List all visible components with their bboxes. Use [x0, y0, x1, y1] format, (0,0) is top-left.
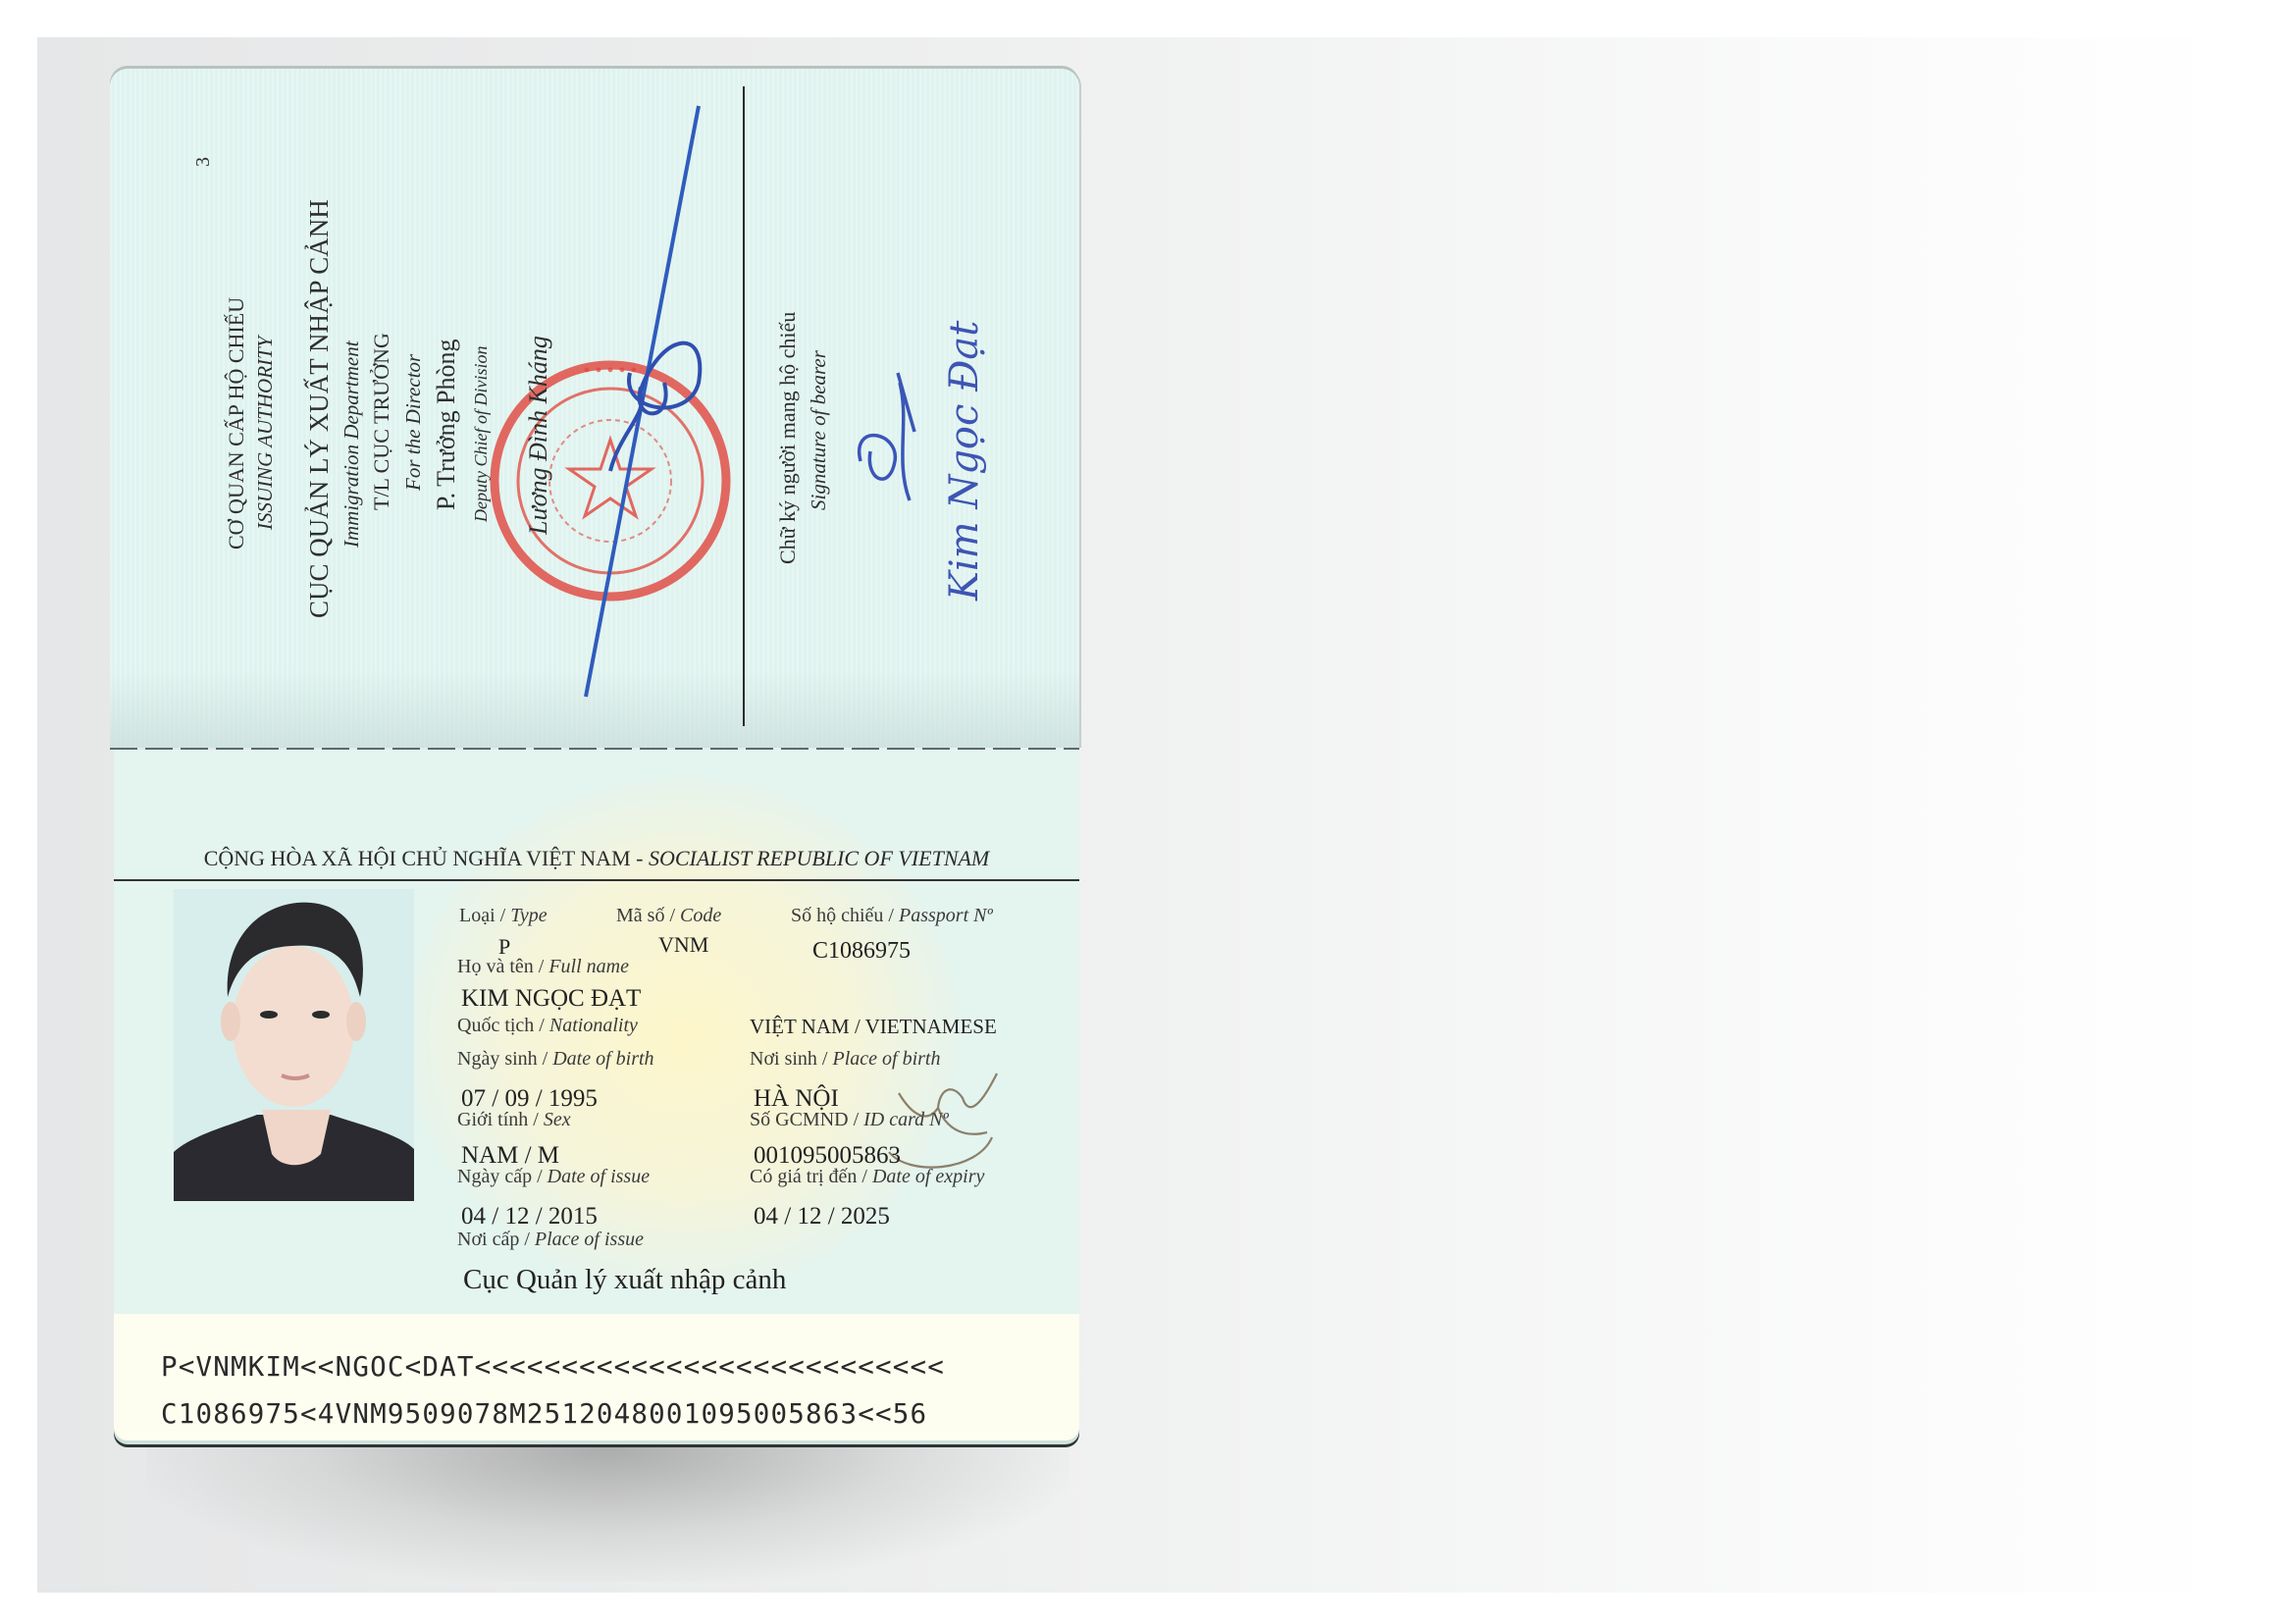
sex-label-vi: Giới tính /: [457, 1109, 544, 1130]
type-label-en: Type: [510, 905, 547, 926]
type-label-vi: Loại /: [459, 905, 510, 926]
type-label: Loại / Type: [459, 905, 548, 927]
country-name-en: SOCIALIST REPUBLIC OF VIETNAM: [649, 846, 989, 870]
issue-date-value: 04 / 12 / 2015: [461, 1203, 598, 1230]
full-name-label-vi: Họ và tên /: [457, 956, 548, 977]
mrz-zone: P<VNMKIM<<NGOC<DAT<<<<<<<<<<<<<<<<<<<<<<…: [114, 1314, 1079, 1440]
id-card-label-vi: Số GCMND /: [750, 1109, 863, 1130]
issue-date-label-vi: Ngày cấp /: [457, 1166, 548, 1187]
dob-label-vi: Ngày sinh /: [457, 1048, 552, 1070]
signature-divider: [743, 86, 745, 726]
title-vi: P. Trưởng Phòng: [432, 339, 461, 510]
full-name-label-en: Full name: [548, 956, 629, 977]
data-page: CỘNG HÒA XÃ HỘI CHỦ NGHĨA VIỆT NAM - SOC…: [114, 750, 1079, 1440]
place-of-issue-value: Cục Quản lý xuất nhập cảnh: [463, 1264, 786, 1296]
place-of-issue-label-en: Place of issue: [535, 1229, 644, 1250]
expiry-date-label-vi: Có giá trị đến /: [750, 1166, 872, 1187]
nationality-label-en: Nationality: [549, 1015, 638, 1036]
dob-label-en: Date of birth: [552, 1048, 653, 1070]
code-label: Mã số / Code: [616, 905, 721, 927]
header-rule: [114, 879, 1079, 881]
signatory-name: Lương Đình Kháng: [524, 336, 553, 535]
nationality-value: VIỆT NAM / VIETNAMESE: [750, 1015, 997, 1039]
department-en: Immigration Department: [339, 340, 364, 548]
observation-page: 3 CƠ QUAN CẤP HỘ CHIẾU ISSUING AUTHORITY…: [110, 69, 1079, 748]
mrz-line-2: C1086975<4VNM9509078M2512048001095005863…: [161, 1398, 927, 1430]
code-label-en: Code: [680, 905, 721, 926]
expiry-date-label-en: Date of expiry: [872, 1166, 984, 1187]
expiry-date-value: 04 / 12 / 2025: [754, 1203, 890, 1230]
for-director-vi: T/L CỤC TRƯỞNG: [369, 333, 394, 510]
code-label-vi: Mã số /: [616, 905, 680, 926]
country-name-vi: CỘNG HÒA XÃ HỘI CHỦ NGHĨA VIỆT NAM -: [204, 846, 649, 870]
bearer-signature-label-vi: Chữ ký người mang hộ chiếu: [775, 312, 801, 564]
department-vi: CỤC QUẢN LÝ XUẤT NHẬP CẢNH: [304, 199, 335, 618]
full-name-label: Họ và tên / Full name: [457, 956, 629, 978]
code-value: VNM: [658, 932, 708, 958]
holder-portrait-icon: [174, 889, 414, 1201]
place-of-issue-label-vi: Nơi cấp /: [457, 1229, 535, 1250]
issuing-heading-en: ISSUING AUTHORITY: [253, 337, 278, 530]
place-of-issue-label: Nơi cấp / Place of issue: [457, 1229, 644, 1251]
sex-label-en: Sex: [544, 1109, 571, 1130]
passport-number-value: C1086975: [812, 938, 911, 965]
country-header: CỘNG HÒA XÃ HỘI CHỦ NGHĨA VIỆT NAM - SOC…: [114, 846, 1079, 871]
sex-label: Giới tính / Sex: [457, 1109, 571, 1131]
passport-document: 3 CƠ QUAN CẤP HỘ CHIẾU ISSUING AUTHORITY…: [110, 69, 1079, 1440]
for-director-en: For the Director: [401, 354, 426, 491]
pob-label-vi: Nơi sinh /: [750, 1048, 832, 1070]
full-name-value: KIM NGỌC ĐẠT: [461, 985, 641, 1013]
issue-date-label: Ngày cấp / Date of issue: [457, 1166, 650, 1188]
passport-number-label: Số hộ chiếu / Passport Nº: [791, 905, 993, 927]
nationality-label-vi: Quốc tịch /: [457, 1015, 549, 1036]
expiry-date-label: Có giá trị đến / Date of expiry: [750, 1166, 984, 1188]
page-number: 3: [192, 157, 215, 167]
bearer-signature-label-en: Signature of bearer: [807, 350, 831, 510]
passport-number-label-en: Passport Nº: [899, 905, 993, 926]
nationality-label: Quốc tịch / Nationality: [457, 1015, 638, 1037]
issuing-heading-vi: CƠ QUAN CẤP HỘ CHIẾU: [224, 297, 249, 550]
bearer-handwritten-name: Kim Ngọc Đạt: [942, 321, 987, 601]
issue-date-label-en: Date of issue: [548, 1166, 650, 1187]
holder-photo: [174, 889, 414, 1201]
passport-number-label-vi: Số hộ chiếu /: [791, 905, 899, 926]
passport-shadow: [147, 1435, 1070, 1582]
dob-label: Ngày sinh / Date of birth: [457, 1048, 654, 1071]
mrz-line-1: P<VNMKIM<<NGOC<DAT<<<<<<<<<<<<<<<<<<<<<<…: [161, 1351, 945, 1383]
